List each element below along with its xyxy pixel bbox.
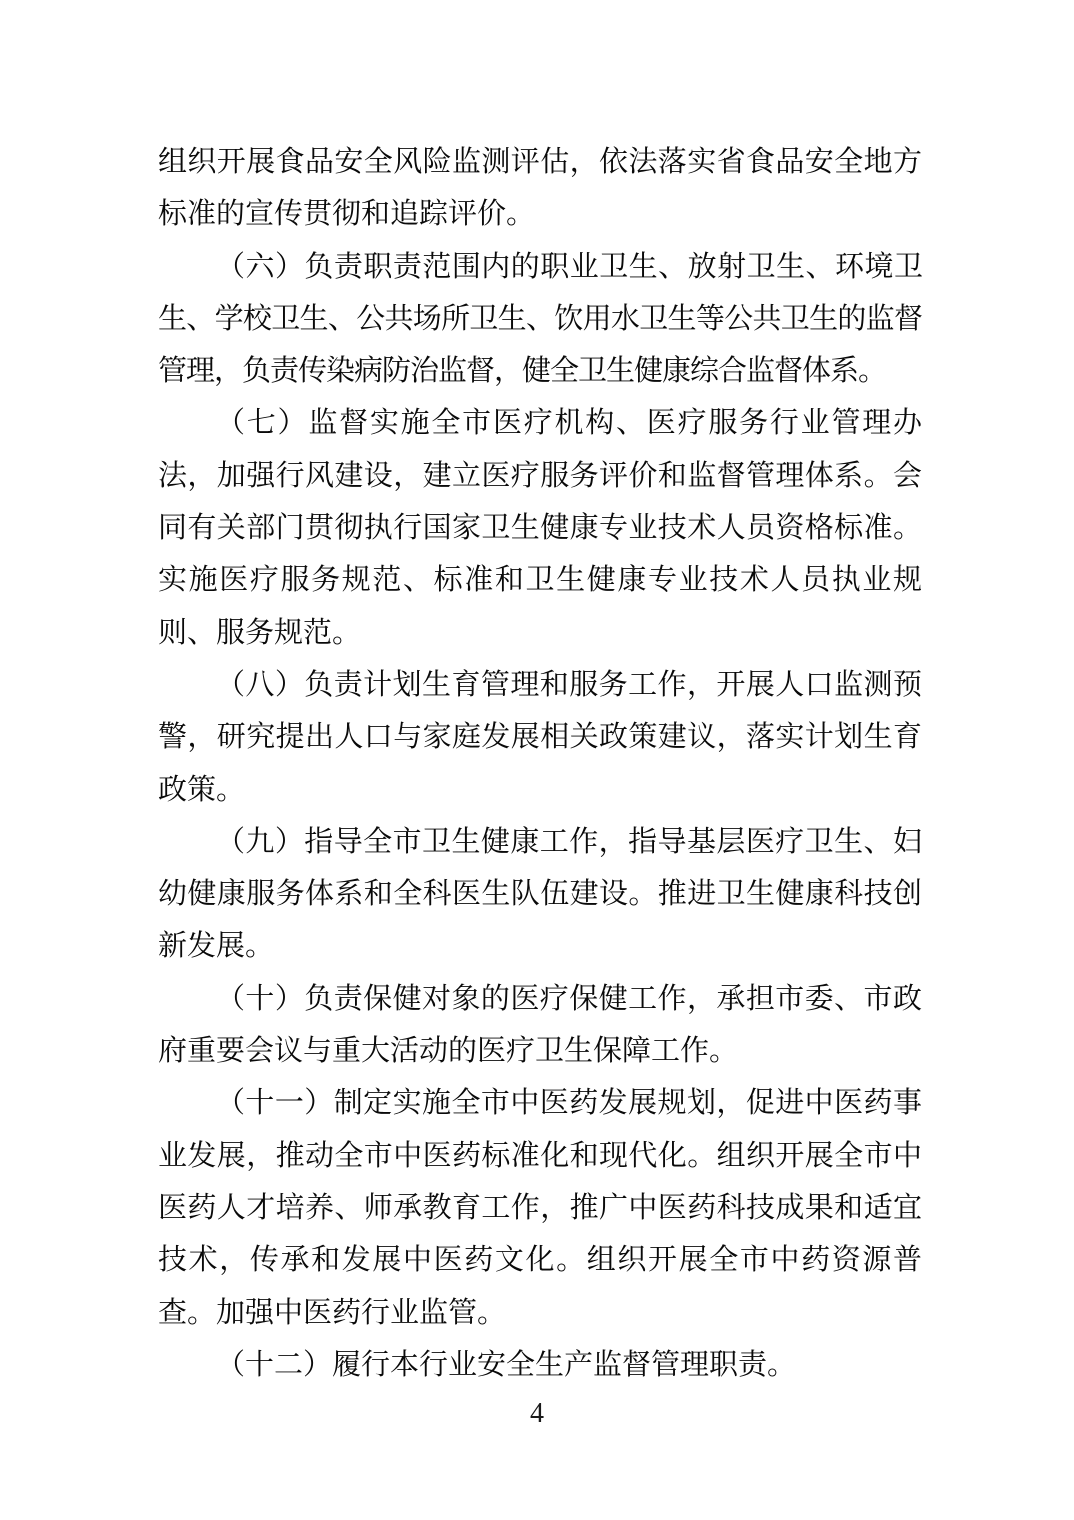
paragraph-item-9: （九）指导全市卫生健康工作，指导基层医疗卫生、妇幼健康服务体系和全科医生队伍建设… bbox=[158, 816, 922, 973]
paragraph-item-8: （八）负责计划生育管理和服务工作，开展人口监测预警，研究提出人口与家庭发展相关政… bbox=[158, 659, 922, 816]
document-page: 组织开展食品安全风险监测评估，依法落实省食品安全地方标准的宣传贯彻和追踪评价。 … bbox=[0, 0, 1074, 1520]
paragraph-continuation: 组织开展食品安全风险监测评估，依法落实省食品安全地方标准的宣传贯彻和追踪评价。 bbox=[158, 136, 922, 241]
document-text-block: 组织开展食品安全风险监测评估，依法落实省食品安全地方标准的宣传贯彻和追踪评价。 … bbox=[158, 136, 922, 1391]
paragraph-item-10: （十）负责保健对象的医疗保健工作，承担市委、市政府重要会议与重大活动的医疗卫生保… bbox=[158, 973, 922, 1078]
paragraph-item-6: （六）负责职责范围内的职业卫生、放射卫生、环境卫生、学校卫生、公共场所卫生、饮用… bbox=[158, 241, 922, 398]
page-number: 4 bbox=[0, 1398, 1074, 1430]
paragraph-item-12: （十二）履行本行业安全生产监督管理职责。 bbox=[158, 1339, 922, 1391]
paragraph-item-11: （十一）制定实施全市中医药发展规划，促进中医药事业发展，推动全市中医药标准化和现… bbox=[158, 1077, 922, 1338]
paragraph-item-7: （七）监督实施全市医疗机构、医疗服务行业管理办法，加强行风建设，建立医疗服务评价… bbox=[158, 397, 922, 658]
